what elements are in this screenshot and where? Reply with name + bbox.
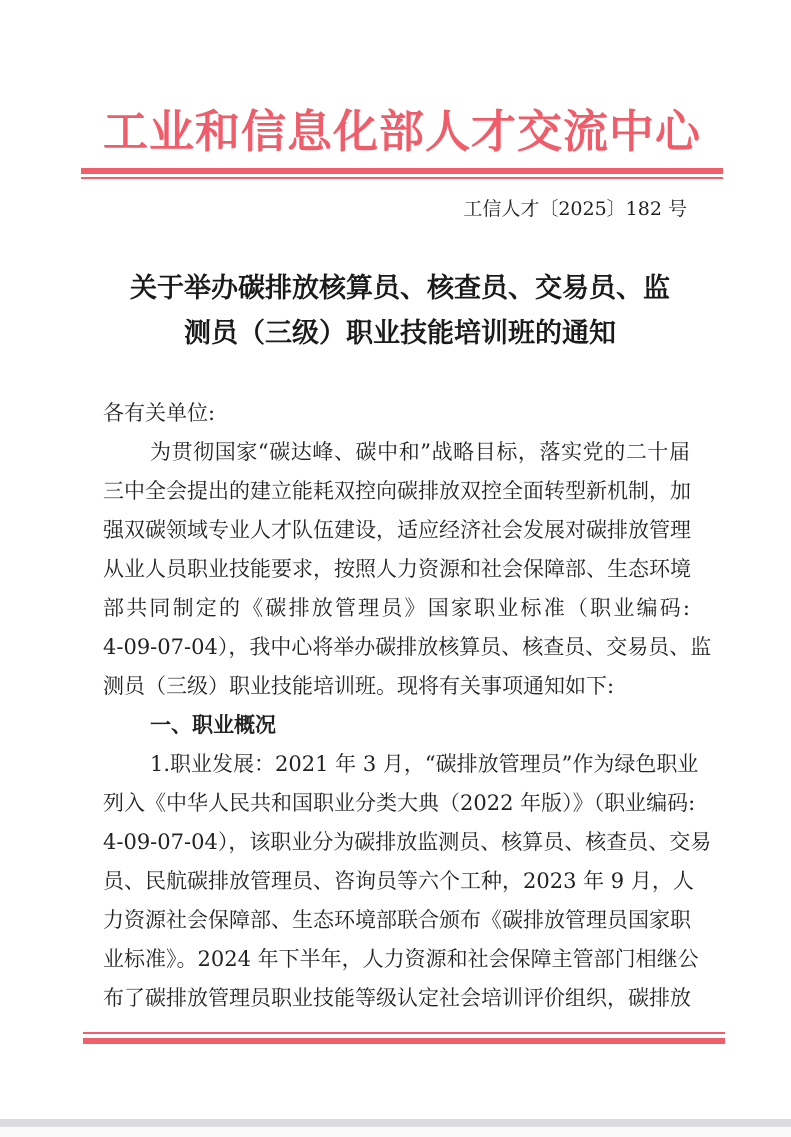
paragraph-line: 员、民航碳排放管理员、咨询员等六个工种，2023 年 9 月，人	[103, 862, 690, 901]
footer-rule-thin	[83, 1032, 725, 1034]
document-title-line: 关于举办碳排放核算员、核查员、交易员、监	[90, 266, 710, 311]
document-body: 各有关单位: 为贯彻国家“碳达峰、碳中和”战略目标，落实党的二十届 三中全会提出…	[103, 394, 690, 1018]
paragraph-line: 业标准》。2024 年下半年，人力资源和社会保障主管部门相继公	[103, 940, 690, 979]
footer-rule-thick	[83, 1038, 725, 1044]
paragraph-line: 部共同制定的《碳排放管理员》国家职业标准（职业编码:	[103, 589, 690, 628]
paragraph-line: 为贯彻国家“碳达峰、碳中和”战略目标，落实党的二十届	[103, 433, 690, 472]
paragraph-line: 4-09-07-04），该职业分为碳排放监测员、核算员、核查员、交易	[103, 823, 690, 862]
paragraph-line: 强双碳领域专业人才队伍建设，适应经济社会发展对碳排放管理	[103, 511, 690, 550]
section-heading: 一、职业概况	[103, 706, 690, 745]
paragraph-line: 1.职业发展：2021 年 3 月，“碳排放管理员”作为绿色职业	[103, 745, 690, 784]
paragraph-line: 力资源社会保障部、生态环境部联合颁布《碳排放管理员国家职	[103, 901, 690, 940]
paragraph-line: 4-09-07-04），我中心将举办碳排放核算员、核查员、交易员、监	[103, 628, 690, 667]
paragraph-line: 从业人员职业技能要求，按照人力资源和社会保障部、生态环境	[103, 550, 690, 589]
document-title-line: 测员（三级）职业技能培训班的通知	[90, 311, 710, 356]
organization-letterhead: 工业和信息化部人才交流中心	[81, 104, 723, 160]
letterhead-rule-thin	[81, 177, 723, 179]
paragraph-line: 布了碳排放管理员职业技能等级认定社会培训评价组织，碳排放	[103, 979, 690, 1018]
letterhead-rule-thick	[81, 168, 723, 174]
salutation: 各有关单位:	[103, 394, 690, 433]
document-number: 工信人才〔2025〕182 号	[463, 196, 687, 222]
page-separator-bar	[0, 1119, 791, 1127]
paragraph-line: 测员（三级）职业技能培训班。现将有关事项通知如下:	[103, 667, 690, 706]
document-title: 关于举办碳排放核算员、核查员、交易员、监 测员（三级）职业技能培训班的通知	[90, 266, 710, 356]
document-page: 工业和信息化部人才交流中心 工信人才〔2025〕182 号 关于举办碳排放核算员…	[0, 0, 791, 1119]
paragraph-line: 三中全会提出的建立能耗双控向碳排放双控全面转型新机制，加	[103, 472, 690, 511]
next-page-edge	[0, 1127, 791, 1137]
paragraph-line: 列入《中华人民共和国职业分类大典（2022 年版）》（职业编码:	[103, 784, 690, 823]
